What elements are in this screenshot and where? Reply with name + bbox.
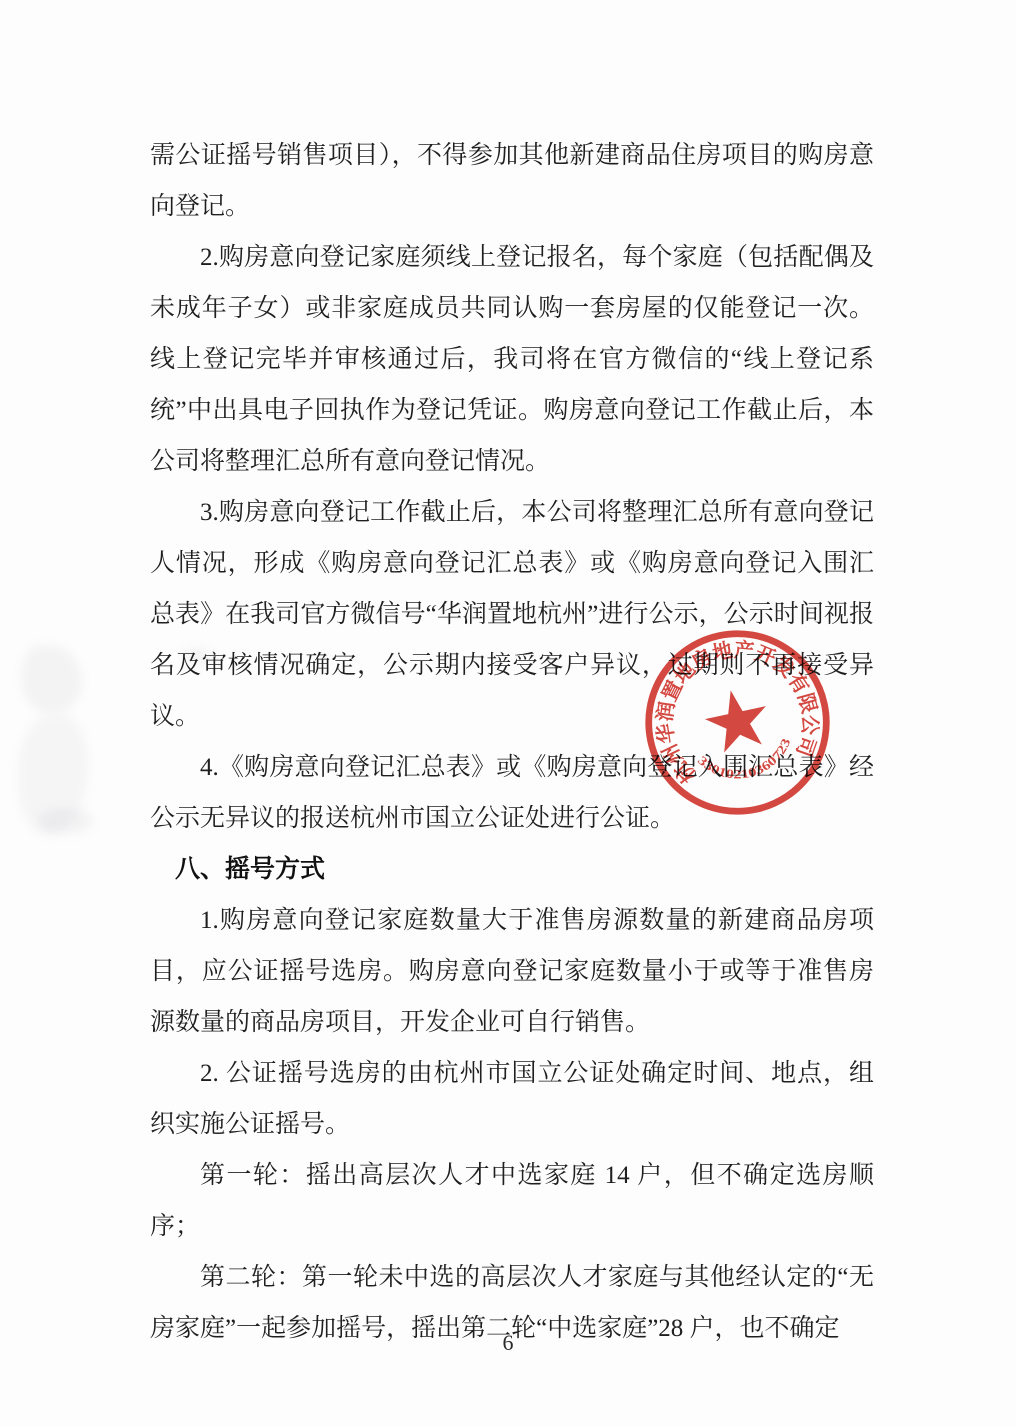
paragraph: 2. 公证摇号选房的由杭州市国立公证处确定时间、地点，组织实施公证摇号。 [150,1048,874,1150]
paragraph: 2.购房意向登记家庭须线上登记报名，每个家庭（包括配偶及未成年子女）或非家庭成员… [150,232,874,487]
paragraph: 3.购房意向登记工作截止后，本公司将整理汇总所有意向登记人情况，形成《购房意向登… [150,487,874,742]
document-body: 需公证摇号销售项目），不得参加其他新建商品住房项目的购房意向登记。2.购房意向登… [150,130,874,1354]
paragraph: 第一轮：摇出高层次人才中选家庭 14 户，但不确定选房顺序； [150,1150,874,1252]
scan-artifact [22,645,82,713]
paragraph: 1.购房意向登记家庭数量大于准售房源数量的新建商品房项目，应公证摇号选房。购房意… [150,895,874,1048]
section-heading: 八、摇号方式 [150,844,874,895]
scan-artifact [38,808,93,834]
document-page: 需公证摇号销售项目），不得参加其他新建商品住房项目的购房意向登记。2.购房意向登… [0,0,1016,1426]
scan-artifact [18,715,88,835]
paragraph: 4.《购房意向登记汇总表》或《购房意向登记入围汇总表》经公示无异议的报送杭州市国… [150,742,874,844]
page-number: 6 [0,1330,1016,1356]
paragraph: 需公证摇号销售项目），不得参加其他新建商品住房项目的购房意向登记。 [150,130,874,232]
